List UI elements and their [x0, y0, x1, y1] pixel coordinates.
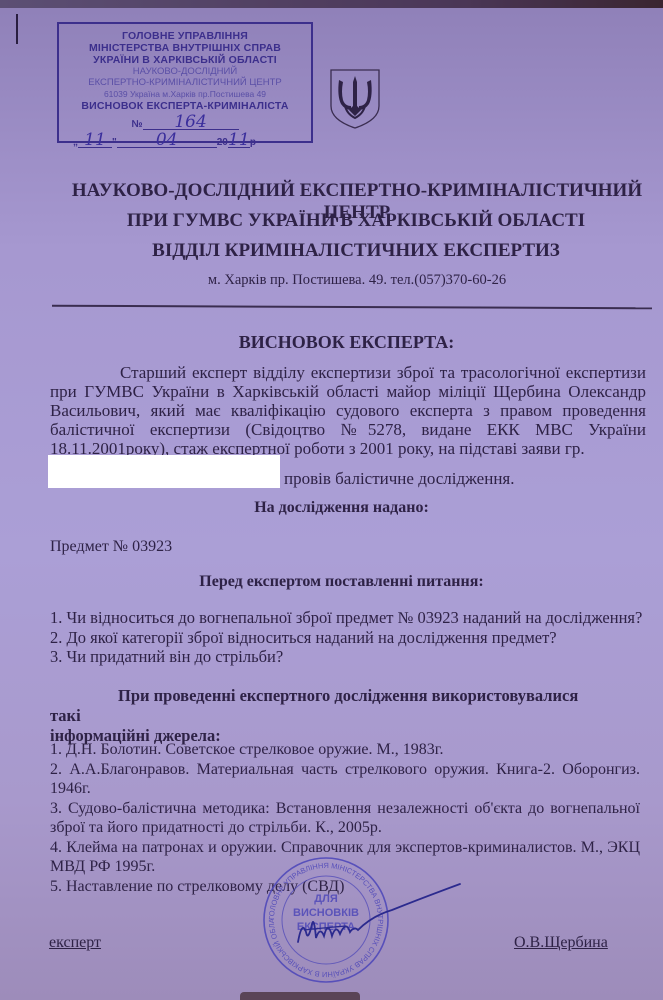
question-item: 1. Чи відноситься до вогнепальної зброї … [50, 608, 642, 628]
provided-item: Предмет № 03923 [50, 538, 172, 556]
photo-bottom-edge [240, 992, 360, 1000]
stamp-line-5: ЕКСПЕРТНО-КРИМІНАЛІСТИЧНИЙ ЦЕНТР [59, 77, 311, 88]
provided-heading: На дослідження надано: [0, 499, 663, 517]
stamp-address: 61039 Україна м.Харків пр.Постишева 49 [59, 88, 311, 100]
questions-list: 1. Чи відноситься до вогнепальної зброї … [50, 608, 642, 667]
stamp-line-7: ВИСНОВОК ЕКСПЕРТА-КРИМІНАЛІСТА [59, 100, 311, 112]
signature-role: експерт [49, 934, 101, 952]
source-item: 3. Судово-балістична методика: Встановле… [50, 799, 640, 838]
margin-mark [16, 14, 18, 44]
stamp-date-row: „ 11 " 04 20 11 р [59, 130, 311, 148]
org-address: м. Харків пр. Постишева. 49. тел.(057)37… [62, 272, 652, 289]
stamp-number-row: № 164 [59, 112, 311, 130]
stamp-number-label: № [131, 119, 142, 130]
stamp-line-1: ГОЛОВНЕ УПРАВЛІННЯ [59, 30, 311, 42]
stamp-year-suffix: 11 [228, 133, 250, 148]
stamp-line-2: МІНІСТЕРСТВА ВНУТРІШНІХ СПРАВ [59, 42, 311, 54]
source-item: 1. Д.Н. Болотин. Советское стрелковое ор… [50, 740, 640, 760]
source-item: 2. А.А.Благонравов. Материальная часть с… [50, 760, 640, 799]
intro-paragraph: Старший експерт відділу експертизи зброї… [50, 363, 646, 458]
sources-heading: При проведенні експертного дослідження в… [50, 686, 610, 746]
stamp-number-value: 164 [143, 115, 239, 130]
signature-icon [292, 880, 462, 960]
stamp-line-4: НАУКОВО-ДОСЛІДНИЙ [59, 66, 311, 77]
intro-text: Старший експерт відділу експертизи зброї… [50, 363, 646, 458]
registration-stamp: ГОЛОВНЕ УПРАВЛІННЯ МІНІСТЕРСТВА ВНУТРІШН… [57, 22, 313, 143]
question-item: 3. Чи придатний він до стрільби? [50, 647, 642, 667]
stamp-year-prefix: 20 [217, 137, 228, 148]
photo-top-edge [0, 0, 663, 8]
intro-ending: провів балістичне дослідження. [284, 469, 515, 489]
stamp-date-day: 11 [78, 133, 112, 148]
questions-heading: Перед експертом поставленні питання: [0, 573, 663, 591]
stamp-line-3: УКРАЇНИ В ХАРКІВСЬКІЙ ОБЛАСТІ [59, 54, 311, 66]
header-divider [52, 305, 652, 309]
signature-name: О.В.Щербина [514, 934, 608, 952]
redaction-box [48, 455, 280, 488]
document-title: ВИСНОВОК ЕКСПЕРТА: [0, 332, 663, 353]
stamp-date-suffix: р [250, 137, 256, 148]
question-item: 2. До якої категорії зброї відноситься н… [50, 628, 642, 648]
sources-heading-line-1: При проведенні експертного дослідження в… [50, 686, 578, 725]
stamp-date-month: 04 [117, 133, 217, 148]
department-name: ВІДДІЛ КРИМІНАЛІСТИЧНИХ ЕКСПЕРТИЗ [66, 240, 646, 262]
trident-coat-of-arms-icon [327, 66, 383, 130]
org-name-line-2: ПРИ ГУМВС УКРАЇНИ В ХАРКІВСЬКІЙ ОБЛАСТІ [66, 210, 646, 232]
